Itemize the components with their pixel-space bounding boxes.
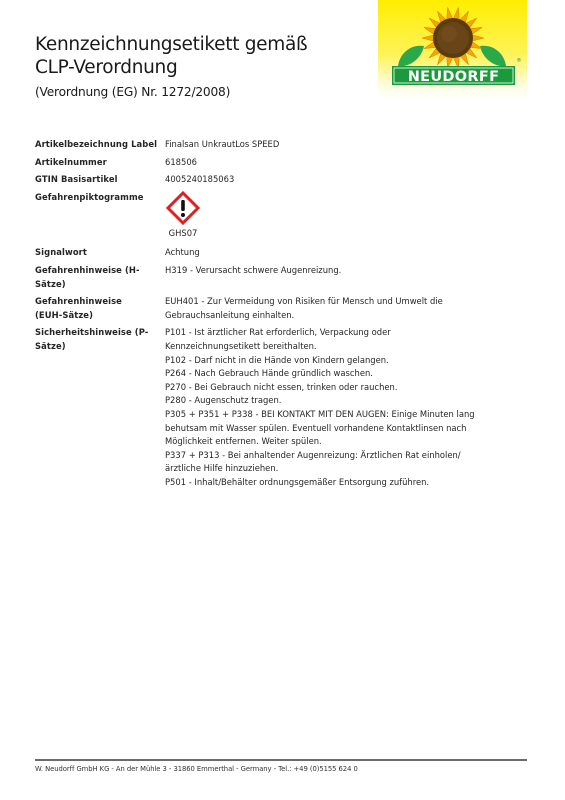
footer-address: W. Neudorff GmbH KG - An der Mühle 3 - 3… <box>35 765 358 773</box>
p-statement: P270 - Bei Gebrauch nicht essen, trinken… <box>165 381 485 395</box>
field-value: 618506 <box>165 156 495 170</box>
field-signal-word: Signalwort Achtung <box>35 246 495 260</box>
field-value: Finalsan UnkrautLos SPEED <box>165 138 495 152</box>
field-article-name: Artikelbezeichnung Label Finalsan Unkrau… <box>35 138 495 152</box>
field-gtin: GTIN Basisartikel 4005240185063 <box>35 173 495 187</box>
document-title: Kennzeichnungsetikett gemäß CLP-Verordnu… <box>35 33 307 79</box>
ghs-pictogram: GHS07 <box>165 191 201 241</box>
footer-divider <box>35 759 527 761</box>
document-subtitle: (Verordnung (EG) Nr. 1272/2008) <box>35 85 230 99</box>
field-label: Signalwort <box>35 246 165 260</box>
field-value: P101 - Ist ärztlicher Rat erforderlich, … <box>165 326 495 489</box>
field-value: GHS07 <box>165 191 495 241</box>
field-label: Gefahrenhinweise (H-Sätze) <box>35 264 165 291</box>
field-value: 4005240185063 <box>165 173 495 187</box>
field-article-number: Artikelnummer 618506 <box>35 156 495 170</box>
label-fields: Artikelbezeichnung Label Finalsan Unkrau… <box>35 138 495 489</box>
field-h-statements: Gefahrenhinweise (H-Sätze) H319 - Verurs… <box>35 264 495 291</box>
field-label: Artikelnummer <box>35 156 165 170</box>
title-line-2: CLP-Verordnung <box>35 57 177 78</box>
p-statement: P101 - Ist ärztlicher Rat erforderlich, … <box>165 326 485 353</box>
p-statement: P501 - Inhalt/Behälter ordnungsgemäßer E… <box>165 476 485 490</box>
svg-text:NEUDORFF: NEUDORFF <box>408 69 500 85</box>
field-label: Gefahrenhinweise (EUH-Sätze) <box>35 295 165 322</box>
title-line-1: Kennzeichnungsetikett gemäß <box>35 34 307 55</box>
pictogram-code: GHS07 <box>169 227 198 241</box>
exclamation-mark-icon <box>166 191 200 225</box>
p-statement: P280 - Augenschutz tragen. <box>165 394 485 408</box>
p-statement: P305 + P351 + P338 - BEI KONTAKT MIT DEN… <box>165 408 485 449</box>
field-label: GTIN Basisartikel <box>35 173 165 187</box>
field-label: Artikelbezeichnung Label <box>35 138 165 152</box>
field-pictograms: Gefahrenpiktogramme GHS07 <box>35 191 495 241</box>
p-statement: P337 + P313 - Bei anhaltender Augenreizu… <box>165 449 485 476</box>
field-value: EUH401 - Zur Vermeidung von Risiken für … <box>165 295 495 322</box>
field-value: Achtung <box>165 246 495 260</box>
p-statement: P102 - Darf nicht in die Hände von Kinde… <box>165 354 485 368</box>
p-statement: P264 - Nach Gebrauch Hände gründlich was… <box>165 367 485 381</box>
neudorff-logo: NEUDORFF ® <box>378 0 527 100</box>
field-label: Gefahrenpiktogramme <box>35 191 165 241</box>
field-p-statements: Sicherheitshinweise (P-Sätze) P101 - Ist… <box>35 326 495 489</box>
field-label: Sicherheitshinweise (P-Sätze) <box>35 326 165 489</box>
svg-text:®: ® <box>517 57 522 64</box>
field-euh-statements: Gefahrenhinweise (EUH-Sätze) EUH401 - Zu… <box>35 295 495 322</box>
sunflower-icon: NEUDORFF ® <box>378 0 527 100</box>
field-value: H319 - Verursacht schwere Augenreizung. <box>165 264 495 291</box>
